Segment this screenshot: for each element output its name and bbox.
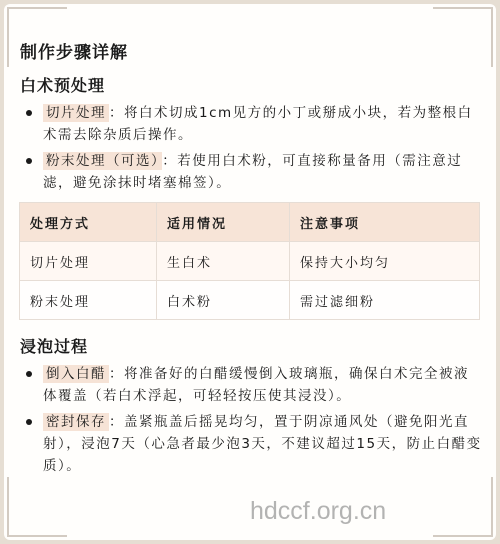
bullet-icon [26, 419, 32, 425]
page-title: 制作步骤详解 [20, 38, 482, 63]
corner-decoration-bottom-right [433, 477, 493, 537]
table-header-row: 处理方式 适用情况 注意事项 [20, 203, 480, 242]
table-cell: 白术粉 [157, 281, 290, 320]
list-item: 倒入白醋：将准备好的白醋缓慢倒入玻璃瓶，确保白术完全被液体覆盖（若白术浮起，可轻… [19, 363, 482, 407]
item-label: 倒入白醋 [43, 365, 109, 383]
table-header: 适用情况 [157, 203, 290, 242]
section-heading: 白术预处理 [20, 73, 482, 96]
item-label: 粉末处理（可选） [43, 152, 162, 170]
corner-decoration-bottom-left [7, 477, 67, 537]
table-cell: 保持大小均匀 [290, 242, 480, 281]
table-row: 粉末处理 白术粉 需过滤细粉 [20, 281, 480, 320]
list-item: 粉末处理（可选）：若使用白术粉，可直接称量备用（需注意过滤，避免涂抹时堵塞棉签）… [19, 150, 482, 194]
article-body: 制作步骤详解 白术预处理 切片处理：将白术切成1cm见方的小丁或掰成小块，若为整… [19, 38, 482, 481]
table-row: 切片处理 生白术 保持大小均匀 [20, 242, 480, 281]
item-label: 切片处理 [43, 104, 109, 122]
section-heading: 浸泡过程 [20, 334, 482, 357]
processing-table: 处理方式 适用情况 注意事项 切片处理 生白术 保持大小均匀 粉末处理 白术粉 … [19, 202, 480, 320]
table-cell: 生白术 [157, 242, 290, 281]
bullet-icon [26, 158, 32, 164]
step-list: 切片处理：将白术切成1cm见方的小丁或掰成小块，若为整根白术需去除杂质后操作。 … [19, 102, 482, 194]
list-item: 切片处理：将白术切成1cm见方的小丁或掰成小块，若为整根白术需去除杂质后操作。 [19, 102, 482, 146]
watermark: hdccf.org.cn [250, 497, 386, 526]
bullet-icon [26, 110, 32, 116]
step-list: 倒入白醋：将准备好的白醋缓慢倒入玻璃瓶，确保白术完全被液体覆盖（若白术浮起，可轻… [19, 363, 482, 477]
table-header: 处理方式 [20, 203, 157, 242]
item-text: ：盖紧瓶盖后摇晃均匀，置于阴凉通风处（避免阳光直射），浸泡7天（心急者最少泡3天… [43, 414, 482, 474]
table-header: 注意事项 [290, 203, 480, 242]
item-label: 密封保存 [43, 413, 109, 431]
table-cell: 切片处理 [20, 242, 157, 281]
table-cell: 粉末处理 [20, 281, 157, 320]
bullet-icon [26, 371, 32, 377]
table-cell: 需过滤细粉 [290, 281, 480, 320]
list-item: 密封保存：盖紧瓶盖后摇晃均匀，置于阴凉通风处（避免阳光直射），浸泡7天（心急者最… [19, 411, 482, 477]
